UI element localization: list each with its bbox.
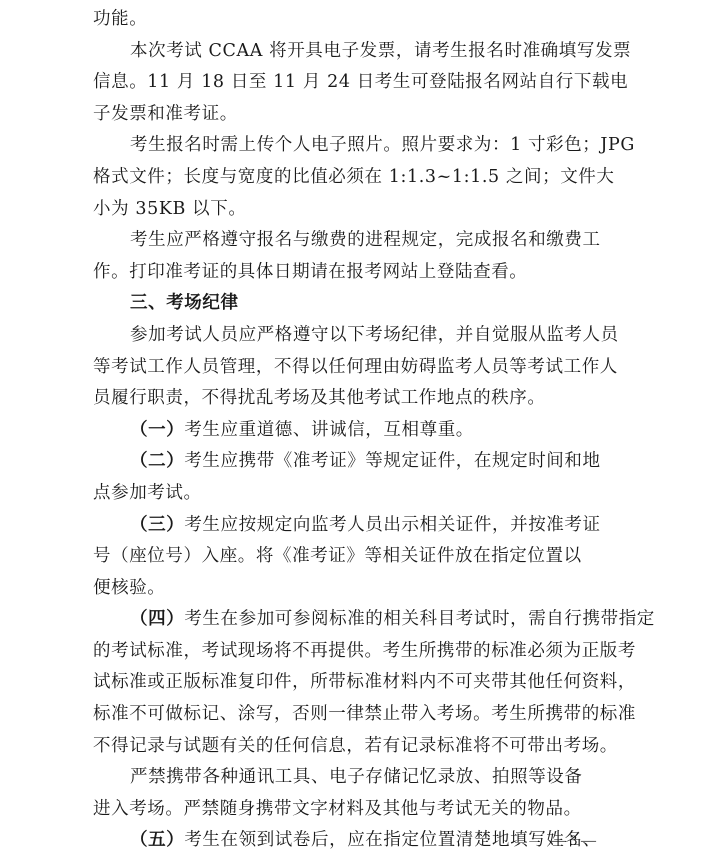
item-text: 考生在参加可参阅标准的相关科目考试时，需自行携带指定 — [184, 609, 655, 629]
paragraph-line: 考生报名时需上传个人电子照片。照片要求为：1 寸彩色；JPG — [93, 130, 613, 162]
page-number: — 3 — — [551, 833, 596, 850]
paragraph-line: 试标准或正版标准复印件，所带标准材料内不可夹带其他任何资料， — [93, 667, 613, 699]
paragraph-line: 便核验。 — [93, 573, 613, 605]
rule-item-4: （四）考生在参加可参阅标准的相关科目考试时，需自行携带指定 — [93, 604, 613, 636]
item-text: 考生应按规定向监考人员出示相关证件，并按准考证 — [184, 515, 600, 535]
paragraph-line: 作。打印准考证的具体日期请在报考网站上登陆查看。 — [93, 257, 613, 289]
rule-item-3: （三）考生应按规定向监考人员出示相关证件，并按准考证 — [93, 510, 613, 542]
paragraph-line: 标准不可做标记、涂写，否则一律禁止带入考场。考生所携带的标准 — [93, 699, 613, 731]
paragraph-line: 严禁携带各种通讯工具、电子存储记忆录放、拍照等设备 — [93, 762, 613, 794]
paragraph-line: 号（座位号）入座。将《准考证》等相关证件放在指定位置以 — [93, 541, 613, 573]
rule-item-5: （五）考生在领到试卷后，应在指定位置清楚地填写姓名、 — [93, 825, 613, 857]
paragraph-line: 信息。11 月 18 日至 11 月 24 日考生可登陆报名网站自行下载电 — [93, 67, 613, 99]
paragraph-line: 不得记录与试题有关的任何信息，若有记录标准将不可带出考场。 — [93, 731, 613, 763]
paragraph-line: 子发票和准考证。 — [93, 99, 613, 131]
rule-item-2: （二）考生应携带《准考证》等规定证件，在规定时间和地 — [93, 446, 613, 478]
paragraph-line: 格式文件；长度与宽度的比值必须在 1:1.3~1:1.5 之间；文件大 — [93, 162, 613, 194]
paragraph-line: 小为 35KB 以下。 — [93, 194, 613, 226]
paragraph-line: 参加考试人员应严格遵守以下考场纪律，并自觉服从监考人员 — [93, 320, 613, 352]
item-label: （四） — [130, 609, 184, 629]
paragraph-line: 进入考场。严禁随身携带文字材料及其他与考试无关的物品。 — [93, 794, 613, 826]
item-text: 考生应重道德、讲诚信，互相尊重。 — [184, 420, 474, 440]
item-text: 考生应携带《准考证》等规定证件，在规定时间和地 — [184, 451, 600, 471]
paragraph-line: 的考试标准，考试现场将不再提供。考生所携带的标准必须为正版考 — [93, 636, 613, 668]
item-label: （三） — [130, 515, 184, 535]
paragraph-line: 点参加考试。 — [93, 478, 613, 510]
item-label: （五） — [130, 830, 184, 850]
paragraph-line: 本次考试 CCAA 将开具电子发票，请考生报名时准确填写发票 — [93, 36, 613, 68]
item-text: 考生在领到试卷后，应在指定位置清楚地填写姓名、 — [184, 830, 600, 850]
rule-item-1: （一）考生应重道德、讲诚信，互相尊重。 — [93, 415, 613, 447]
item-label: （二） — [130, 451, 184, 471]
paragraph-line: 员履行职责，不得扰乱考场及其他考试工作地点的秩序。 — [93, 383, 613, 415]
paragraph-line: 考生应严格遵守报名与缴费的进程规定，完成报名和缴费工 — [93, 225, 613, 257]
document-page: 功能。 本次考试 CCAA 将开具电子发票，请考生报名时准确填写发票 信息。11… — [93, 4, 613, 857]
paragraph-line: 等考试工作人员管理，不得以任何理由妨碍监考人员等考试工作人 — [93, 352, 613, 384]
section-heading: 三、考场纪律 — [93, 288, 613, 320]
item-label: （一） — [130, 420, 184, 440]
paragraph-line: 功能。 — [93, 4, 613, 36]
